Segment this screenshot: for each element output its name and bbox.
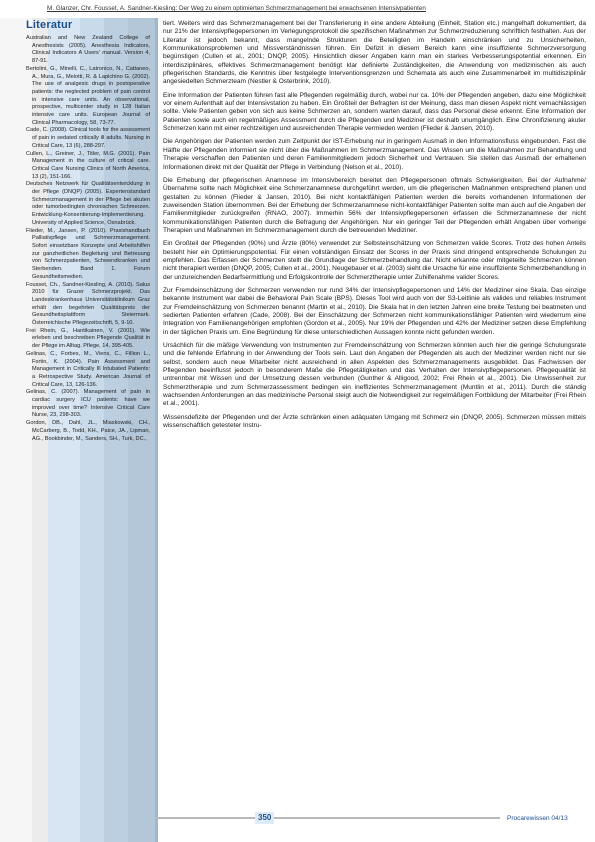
running-head: M. Glanzer, Chr. Fousset, A. Sandner-Kie… (47, 4, 587, 13)
reference-item: Australian and New Zealand College of An… (26, 35, 150, 66)
reference-item: Cade, C. (2008). Clinical tools for the … (26, 127, 150, 150)
page-footer: 350 Procarewissen 04/13 (155, 812, 595, 826)
footer-rule (155, 817, 500, 819)
body-paragraph: Eine Information der Patienten führen fa… (163, 92, 586, 134)
page-number: 350 (255, 812, 274, 824)
body-paragraph: Zur Fremdeinschätzung der Schmerzen verw… (163, 287, 586, 337)
body-paragraph: Die Angehörigen der Patienten werden zum… (163, 138, 586, 171)
references-sidebar: Literatur Australian and New Zealand Col… (0, 18, 158, 842)
body-paragraph: Wissensdefizite der Pflegenden und der Ä… (163, 414, 586, 431)
reference-item: Gelinas, C. (2007). Management of pain i… (26, 389, 150, 420)
reference-item: Bertolini, G., Minelli, C., Latronico, N… (26, 66, 150, 128)
reference-item: Cullen, L., Greiner, J., Titler, M.G. (2… (26, 151, 150, 182)
reference-item: Fousset, Ch., Sandner-Kiesling, A. (2010… (26, 282, 150, 328)
reference-item: Frei Rhein, G., Hantikainen, V. (2001). … (26, 328, 150, 351)
references-list: Australian and New Zealand College of An… (26, 35, 150, 443)
body-paragraph: Die Erhebung der pflegerischen Anamnese … (163, 177, 586, 235)
body-paragraph: Ursächlich für die mäßige Verwendung von… (163, 342, 586, 409)
reference-item: Flieder, M., Jansen, P. (2010). Praxisha… (26, 228, 150, 282)
reference-item: Gelinas, C., Forbes, M., Viens, C., Fill… (26, 351, 150, 390)
body-paragraph: tiert. Weiters wird das Schmerzmanagemen… (163, 20, 586, 87)
references-heading: Literatur (26, 19, 72, 31)
main-text-column: tiert. Weiters wird das Schmerzmanagemen… (163, 20, 586, 435)
body-paragraph: Ein Großteil der Pflegenden (90%) und Är… (163, 240, 586, 282)
journal-name: Procarewissen 04/13 (507, 813, 568, 825)
reference-item: Deutsches Netzwerk für Qualitätsentwickl… (26, 181, 150, 227)
reference-item: Gordon, DB., Dahl, JL., Miaskowski, CH.,… (26, 420, 150, 443)
